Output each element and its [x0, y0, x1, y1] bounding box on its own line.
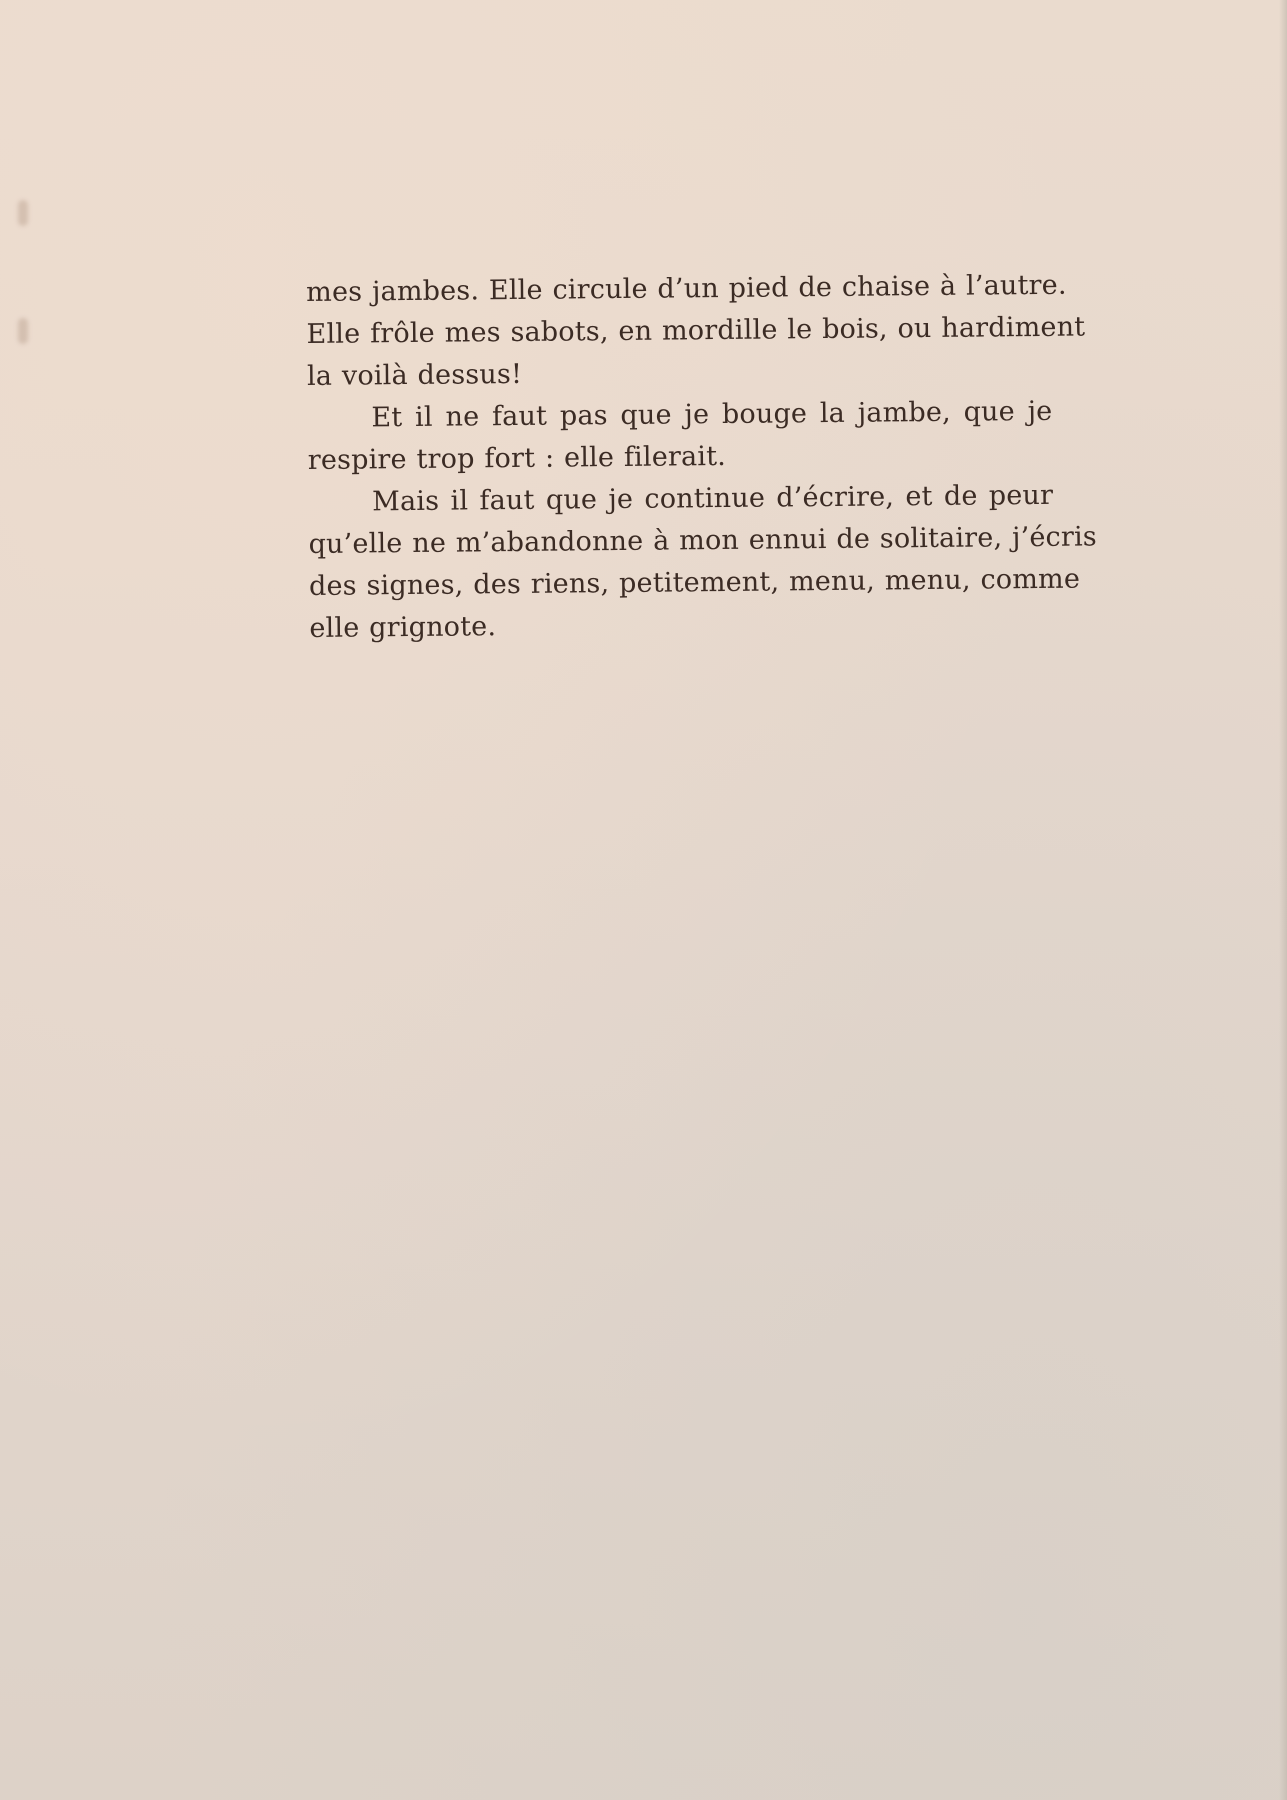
paragraph-3: Mais il faut que je continue d’écrire, e…: [308, 475, 1055, 650]
text-line: des signes, des riens, petitement, menu,…: [309, 559, 1054, 608]
text-line: respire trop fort : elle filerait.: [308, 433, 1053, 482]
text-line: Mais il faut que je continue d’écrire, e…: [308, 475, 1053, 524]
text-line: Et il ne faut pas que je bouge la jambe,…: [307, 391, 1052, 440]
text-line: elle grignote.: [309, 601, 1054, 650]
text-line: Elle frôle mes sabots, en mordille le bo…: [306, 307, 1051, 356]
text-line: mes jambes. Elle circule d’un pied de ch…: [306, 265, 1051, 314]
paper-stain: [18, 200, 28, 226]
text-line: qu’elle ne m’abandonne à mon ennui de so…: [308, 517, 1053, 566]
text-line: la voilà dessus!: [307, 349, 1052, 398]
paragraph-1: mes jambes. Elle circule d’un pied de ch…: [306, 265, 1052, 398]
page-edge: [1279, 0, 1287, 1800]
book-page: mes jambes. Elle circule d’un pied de ch…: [0, 0, 1287, 1800]
paragraph-2: Et il ne faut pas que je bouge la jambe,…: [307, 391, 1053, 482]
paper-stain: [18, 318, 28, 344]
body-text: mes jambes. Elle circule d’un pied de ch…: [306, 265, 1055, 650]
